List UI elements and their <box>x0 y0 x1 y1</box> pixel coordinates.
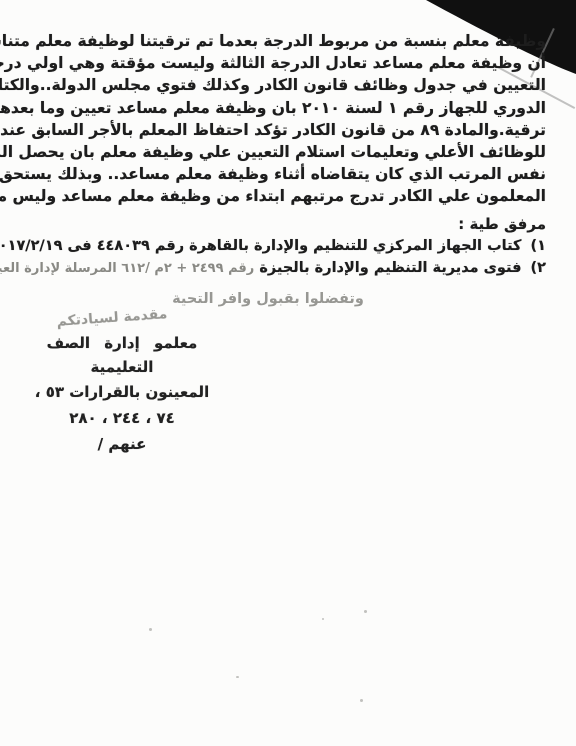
body-line-1: وظيفة معلم بنسبة من مربوط الدرجة بعدما ت… <box>34 30 546 52</box>
scan-speck <box>360 699 363 702</box>
attachment-2-reference: رقم ٢٤٩٩ + ٢م /٦١٢ المرسلة لإدارة العياط <box>0 261 254 276</box>
attachment-1-text: كتاب الجهاز المركزي للتنظيم والإدارة بال… <box>189 238 521 254</box>
body-line-5: ترقية.والمادة ٨٩ من قانون الكادر تؤكد اح… <box>34 119 546 141</box>
body-line-4: الدوري للجهاز رقم ١ لسنة ٢٠١٠ بان وظيفة … <box>34 97 546 119</box>
scanned-letter-page: وظيفة معلم بنسبة من مربوط الدرجة بعدما ت… <box>0 0 576 746</box>
attachment-1-number: ١) <box>531 238 547 254</box>
signature-on-behalf: عنهم / <box>24 431 220 457</box>
attachment-2-number: ٢) <box>531 260 547 276</box>
signature-senders: معلمو إدارة الصف التعليمية <box>24 331 220 379</box>
closing-salutation: وتفضلوا بقبول وافر التحية <box>130 291 406 307</box>
attachments-heading: مرفق طية : <box>34 213 546 235</box>
scan-speck <box>322 618 324 620</box>
scan-speck <box>364 610 367 613</box>
letter-body: وظيفة معلم بنسبة من مربوط الدرجة بعدما ت… <box>34 30 546 281</box>
signature-decrees: المعينون بالقرارات ٥٣ ، ٧٤ ، ٢٤٤ ، ٢٨٠ <box>24 379 220 431</box>
body-line-8: المعلمون علي الكادر تدرج مرتبهم ابتداء م… <box>34 185 546 207</box>
attachment-1-reference: رقم ٤٤٨٠٣٩ فى ٢٠١٧/٢/١٩ <box>0 238 184 254</box>
attachment-2-text: فتوى مديرية التنظيم والإدارة بالجيزة <box>259 260 521 276</box>
body-line-3: التعيين في جدول وظائف قانون الكادر وكذلك… <box>34 74 546 96</box>
scan-speck <box>149 628 152 631</box>
scan-speck <box>236 676 239 678</box>
body-line-7: نفس المرتب الذي كان يتقاضاه أثناء وظيفة … <box>34 163 546 185</box>
attachment-item-2: ٢) فتوى مديرية التنظيم والإدارة بالجيزة … <box>34 257 546 281</box>
body-line-2: أن وظيفة معلم مساعد تعادل الدرجة الثالثة… <box>34 52 546 74</box>
signature-block: معلمو إدارة الصف التعليمية المعينون بالق… <box>24 331 220 457</box>
attachment-item-1: ١) كتاب الجهاز المركزي للتنظيم والإدارة … <box>34 235 546 258</box>
body-line-6: للوظائف الأعلي وتعليمات استلام التعيين ع… <box>34 141 546 163</box>
presented-to-note: مقدمة لسيادتكم <box>52 306 173 330</box>
